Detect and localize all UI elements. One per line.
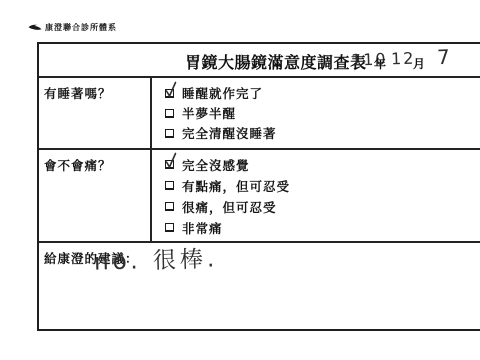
handwritten-day: 7 <box>437 45 453 69</box>
question-pain-label: 會不會痛？ <box>44 156 112 174</box>
option-row: 很痛，但可忍受 <box>165 196 290 217</box>
checkbox-icon <box>165 181 174 190</box>
option-row: 半夢半醒 <box>165 103 277 123</box>
month-unit-label: 月 <box>413 55 425 72</box>
clinic-logo-swoosh-icon <box>28 23 42 32</box>
checkbox-icon <box>165 160 174 169</box>
handwritten-checkmark-icon <box>164 152 178 169</box>
handwritten-suggestion: no. 很棒. <box>94 240 219 276</box>
clinic-logo: 康澄聯合診所體系 <box>28 22 117 33</box>
checkbox-icon <box>165 202 174 211</box>
option-label: 完全清醒沒睡著 <box>182 124 277 142</box>
question-sleep-label: 有睡著嗎？ <box>44 84 112 102</box>
form-title: 胃鏡大腸鏡滿意度調查表 <box>185 50 367 73</box>
option-row: 完全清醒沒睡著 <box>165 123 277 143</box>
question-pain-options: 完全沒感覺 有點痛，但可忍受 很痛，但可忍受 非常痛 <box>165 154 290 238</box>
option-row: 完全沒感覺 <box>165 154 290 175</box>
handwritten-month: 12 <box>391 49 416 69</box>
clinic-name-label: 康澄聯合診所體系 <box>45 22 117 33</box>
row-separator-2 <box>39 148 480 150</box>
option-label: 半夢半醒 <box>182 104 236 122</box>
handwritten-checkmark-icon <box>164 81 178 98</box>
checkbox-icon <box>165 223 174 232</box>
column-divider <box>150 76 152 243</box>
checkbox-icon <box>165 129 174 138</box>
year-unit-label: 年 <box>374 55 386 72</box>
checkbox-icon <box>165 109 174 118</box>
option-label: 很痛，但可忍受 <box>182 198 277 216</box>
scanned-survey-form: 康澄聯合診所體系 胃鏡大腸鏡滿意度調查表 110 年 12 月 7 有睡著嗎？ … <box>0 0 480 360</box>
option-label: 有點痛，但可忍受 <box>182 177 290 195</box>
option-label: 完全沒感覺 <box>182 156 250 174</box>
survey-table: 胃鏡大腸鏡滿意度調查表 110 年 12 月 7 有睡著嗎？ 睡醒就作完了 半夢… <box>37 42 480 331</box>
row-separator-1 <box>39 76 480 78</box>
option-row: 有點痛，但可忍受 <box>165 175 290 196</box>
option-label: 非常痛 <box>182 219 223 237</box>
option-label: 睡醒就作完了 <box>182 84 263 102</box>
option-row: 睡醒就作完了 <box>165 83 277 103</box>
question-sleep-options: 睡醒就作完了 半夢半醒 完全清醒沒睡著 <box>165 83 277 143</box>
checkbox-icon <box>165 89 174 98</box>
option-row: 非常痛 <box>165 217 290 238</box>
